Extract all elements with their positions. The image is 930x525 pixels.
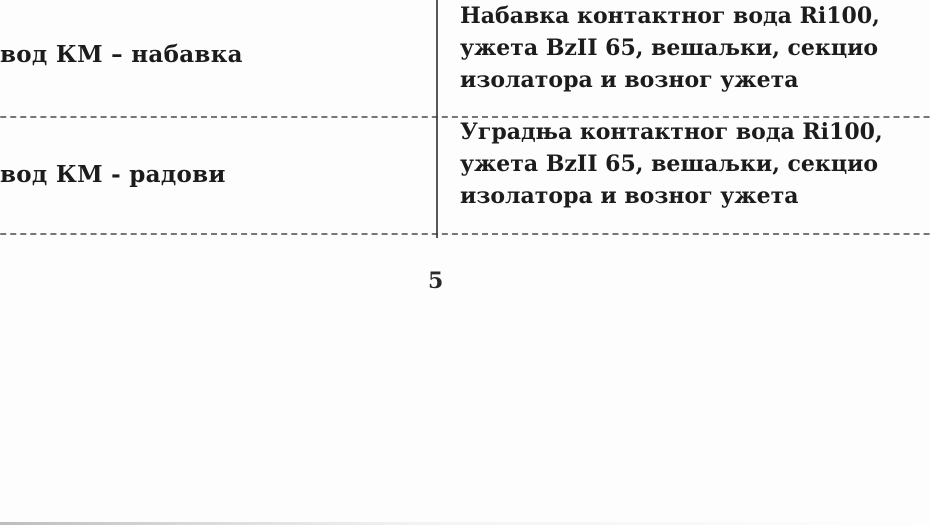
table-cell-description: Набавка контактног вода Ri100, ужета BzI… <box>438 0 930 118</box>
item-label: вод КМ – набавка <box>0 41 243 68</box>
item-label: вод КМ - радови <box>0 161 226 188</box>
table-column-divider <box>436 0 438 238</box>
description-line: изолатора и возног ужета <box>460 64 880 96</box>
table-cell-item: вод КМ – набавка <box>0 0 438 118</box>
description-line: изолатора и возног ужета <box>460 180 883 212</box>
table-row: вод КМ - радови Уградња контактног вода … <box>0 118 930 236</box>
description-line: Набавка контактног вода Ri100, <box>460 0 880 32</box>
item-description: Уградња контактног вода Ri100, ужета BzI… <box>460 116 883 212</box>
table-row: вод КМ – набавка Набавка контактног вода… <box>0 0 930 118</box>
item-description: Набавка контактног вода Ri100, ужета BzI… <box>460 0 880 96</box>
description-line: Уградња контактног вода Ri100, <box>460 116 883 148</box>
table-bottom-border <box>0 233 930 235</box>
document-table: вод КМ – набавка Набавка контактног вода… <box>0 0 930 240</box>
table-cell-description: Уградња контактног вода Ri100, ужета BzI… <box>438 118 930 236</box>
page-number: 5 <box>428 268 443 294</box>
table-cell-item: вод КМ - радови <box>0 118 438 236</box>
description-line: ужета BzII 65, вешаљки, секцио <box>460 32 880 64</box>
table-row-divider <box>0 116 930 118</box>
description-line: ужета BzII 65, вешаљки, секцио <box>460 148 883 180</box>
scanned-document-page: вод КМ – набавка Набавка контактног вода… <box>0 0 930 525</box>
